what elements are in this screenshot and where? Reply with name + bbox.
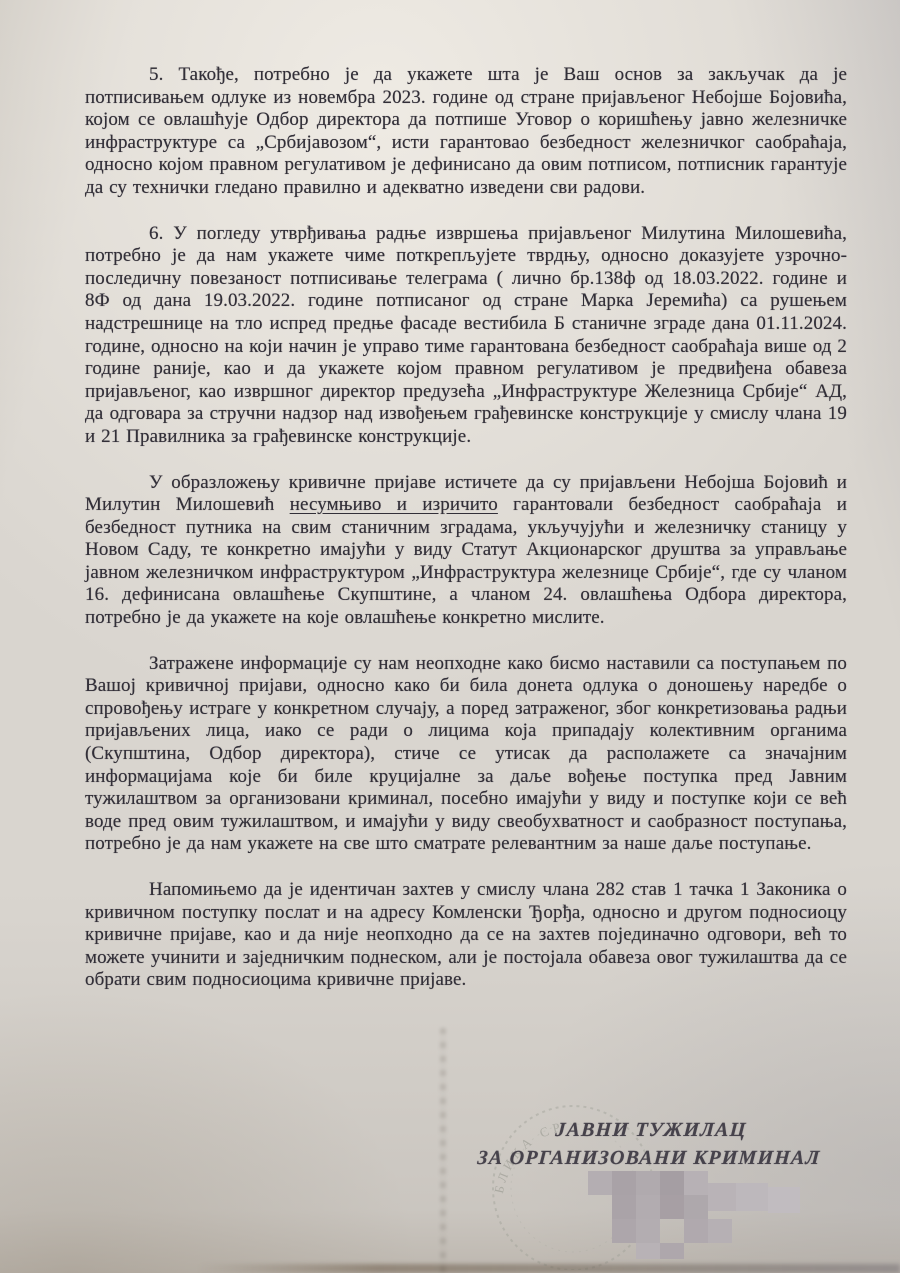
signature-title-line-1: ЈАВНИ ТУЖИЛАЦ — [470, 1116, 832, 1144]
document-body: 5. Такође, потребно је да укажете шта је… — [85, 64, 847, 1015]
redaction-pixel-block — [684, 1219, 708, 1243]
redaction-pixel-block — [588, 1171, 612, 1195]
underlined-phrase: несумњиво и изричито — [290, 494, 498, 515]
redaction-pixel-block — [736, 1183, 768, 1211]
redaction-pixel-block — [684, 1171, 708, 1195]
photo-bottom-edge-shadow — [0, 1264, 900, 1273]
paper-fold-crease — [440, 1028, 446, 1273]
redaction-pixel-block — [708, 1183, 736, 1211]
paragraph-explanation: У образложењу кривичне пријаве истичете … — [85, 472, 847, 630]
paragraph-note: Напомињемо да је идентичан захтев у смис… — [85, 879, 847, 992]
signature-block: ЈАВНИ ТУЖИЛАЦ ЗА ОРГАНИЗОВАНИ КРИМИНАЛ — [468, 1116, 832, 1172]
redaction-pixel-block — [660, 1171, 684, 1195]
redaction-pixel-block — [636, 1243, 660, 1259]
paragraph-requested-info: Затражене информације су нам неопходне к… — [85, 653, 847, 856]
redaction-pixel-block — [708, 1219, 732, 1243]
redaction-pixel-block — [612, 1219, 636, 1243]
redaction-pixel-block — [768, 1187, 800, 1213]
redaction-pixel-block — [636, 1171, 660, 1195]
redaction-pixel-block — [612, 1195, 636, 1219]
redaction-pixel-block — [636, 1219, 660, 1243]
paper-page: 5. Такође, потребно је да укажете шта је… — [0, 0, 900, 1273]
redaction-pixel-block — [660, 1243, 684, 1259]
document-photo: 5. Такође, потребно је да укажете шта је… — [0, 0, 900, 1273]
paragraph-item-6: 6. У погледу утврђивања радње извршења п… — [85, 223, 847, 449]
redaction-pixel-block — [684, 1195, 708, 1219]
redaction-pixel-block — [660, 1195, 684, 1219]
redaction-pixel-block — [612, 1171, 636, 1195]
signature-title-line-2: ЗА ОРГАНИЗОВАНИ КРИМИНАЛ — [468, 1144, 830, 1172]
paragraph-item-5: 5. Такође, потребно је да укажете шта је… — [85, 64, 847, 200]
redaction-pixel-block — [636, 1195, 660, 1219]
